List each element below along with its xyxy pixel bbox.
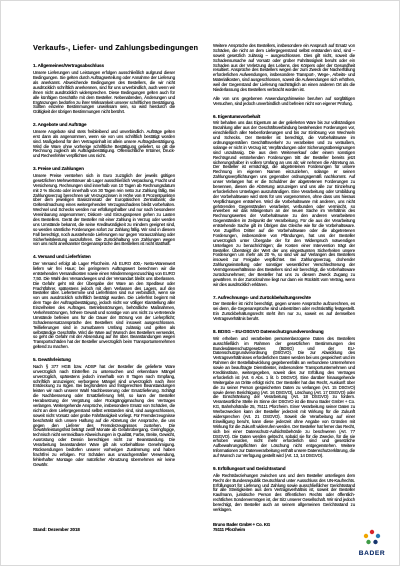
section-warranty: 5. Gewährleistung Nach § 377 HGB bzw. AD…: [33, 357, 175, 467]
section-heading: 4. Versand und Lieferfristen: [33, 254, 175, 259]
section-jurisdiction: 9. Erfüllungsort und Gerichtsstand Alle …: [213, 466, 355, 513]
bader-logo: BADER: [355, 527, 389, 557]
section-heading: 3. Preise und Zahlungen: [33, 166, 175, 171]
bader-logo-text: BADER: [355, 550, 389, 557]
revision-date: Stand: Dezember 2018: [33, 527, 80, 532]
section-heading: 6. Eigentumsvorbehalt: [213, 114, 355, 119]
section-heading: 9. Erfüllungsort und Gerichtsstand: [213, 466, 355, 471]
section-body: Der Besteller ist nicht berechtigt, gege…: [213, 302, 355, 322]
section-offers: 2. Angebote und Aufträge Unsere Angebote…: [33, 122, 175, 159]
bader-emblem-icon: [359, 527, 385, 549]
page-title: Verkaufs-, Liefer- und Zahlungsbedingung…: [33, 44, 175, 52]
section-body: Unsere Lieferungen und Leistungen erfolg…: [33, 71, 175, 115]
section-body: Der Versand erfolgt ab Lager Pforzheim. …: [33, 262, 175, 350]
section-heading: 7. Aufrechnungs- und Zurückbehaltungsrec…: [213, 295, 355, 300]
section-heading: 1. Allgemeines/Vertragsabschluss: [33, 63, 175, 68]
section-body: Wir erheben und verarbeiten personenbezo…: [213, 337, 355, 459]
left-column: Verkaufs-, Liefer- und Zahlungsbedingung…: [33, 44, 175, 475]
section-shipping: 4. Versand und Lieferfristen Der Versand…: [33, 254, 175, 350]
section-retention-of-title: 6. Eigentumsvorbehalt Wir behalten uns d…: [213, 114, 355, 288]
section-body: Unsere Angebote sind stets freibleibend …: [33, 130, 175, 159]
warranty-continuation: Weitere Ansprüche des Bestellers, insbes…: [213, 44, 355, 93]
section-heading: 2. Angebote und Aufträge: [33, 122, 175, 127]
section-setoff-rights: 7. Aufrechnungs- und Zurückbehaltungsrec…: [213, 295, 355, 322]
section-body: Nach § 377 HGB bzw. ADSP hat der Bestell…: [33, 365, 175, 468]
section-body: Unsere Preise verstehen sich in Euro zuz…: [33, 174, 175, 247]
section-heading: 8. BDSG – EU-DSGVO Datenschutzgrundveror…: [213, 329, 355, 334]
section-data-protection: 8. BDSG – EU-DSGVO Datenschutzgrundveror…: [213, 329, 355, 459]
company-signature: Bruno Bader GmbH + Co. KG 75111 Pforzhei…: [213, 522, 355, 533]
application-notes: Alle von uns gegebenen Anwendungshinweis…: [213, 97, 355, 107]
section-body: Wir behalten uns das Eigentum an der gel…: [213, 121, 355, 287]
terms-document-page: Verkaufs-, Liefer- und Zahlungsbedingung…: [0, 0, 400, 566]
section-general: 1. Allgemeines/Vertragsabschluss Unsere …: [33, 63, 175, 115]
company-city: 75111 Pforzheim: [213, 527, 355, 532]
right-column: Weitere Ansprüche des Bestellers, insbes…: [213, 44, 355, 533]
section-prices: 3. Preise und Zahlungen Unsere Preise ve…: [33, 166, 175, 247]
section-body: Alle Rechtsbeziehungen zwischen uns und …: [213, 474, 355, 513]
section-heading: 5. Gewährleistung: [33, 357, 175, 362]
